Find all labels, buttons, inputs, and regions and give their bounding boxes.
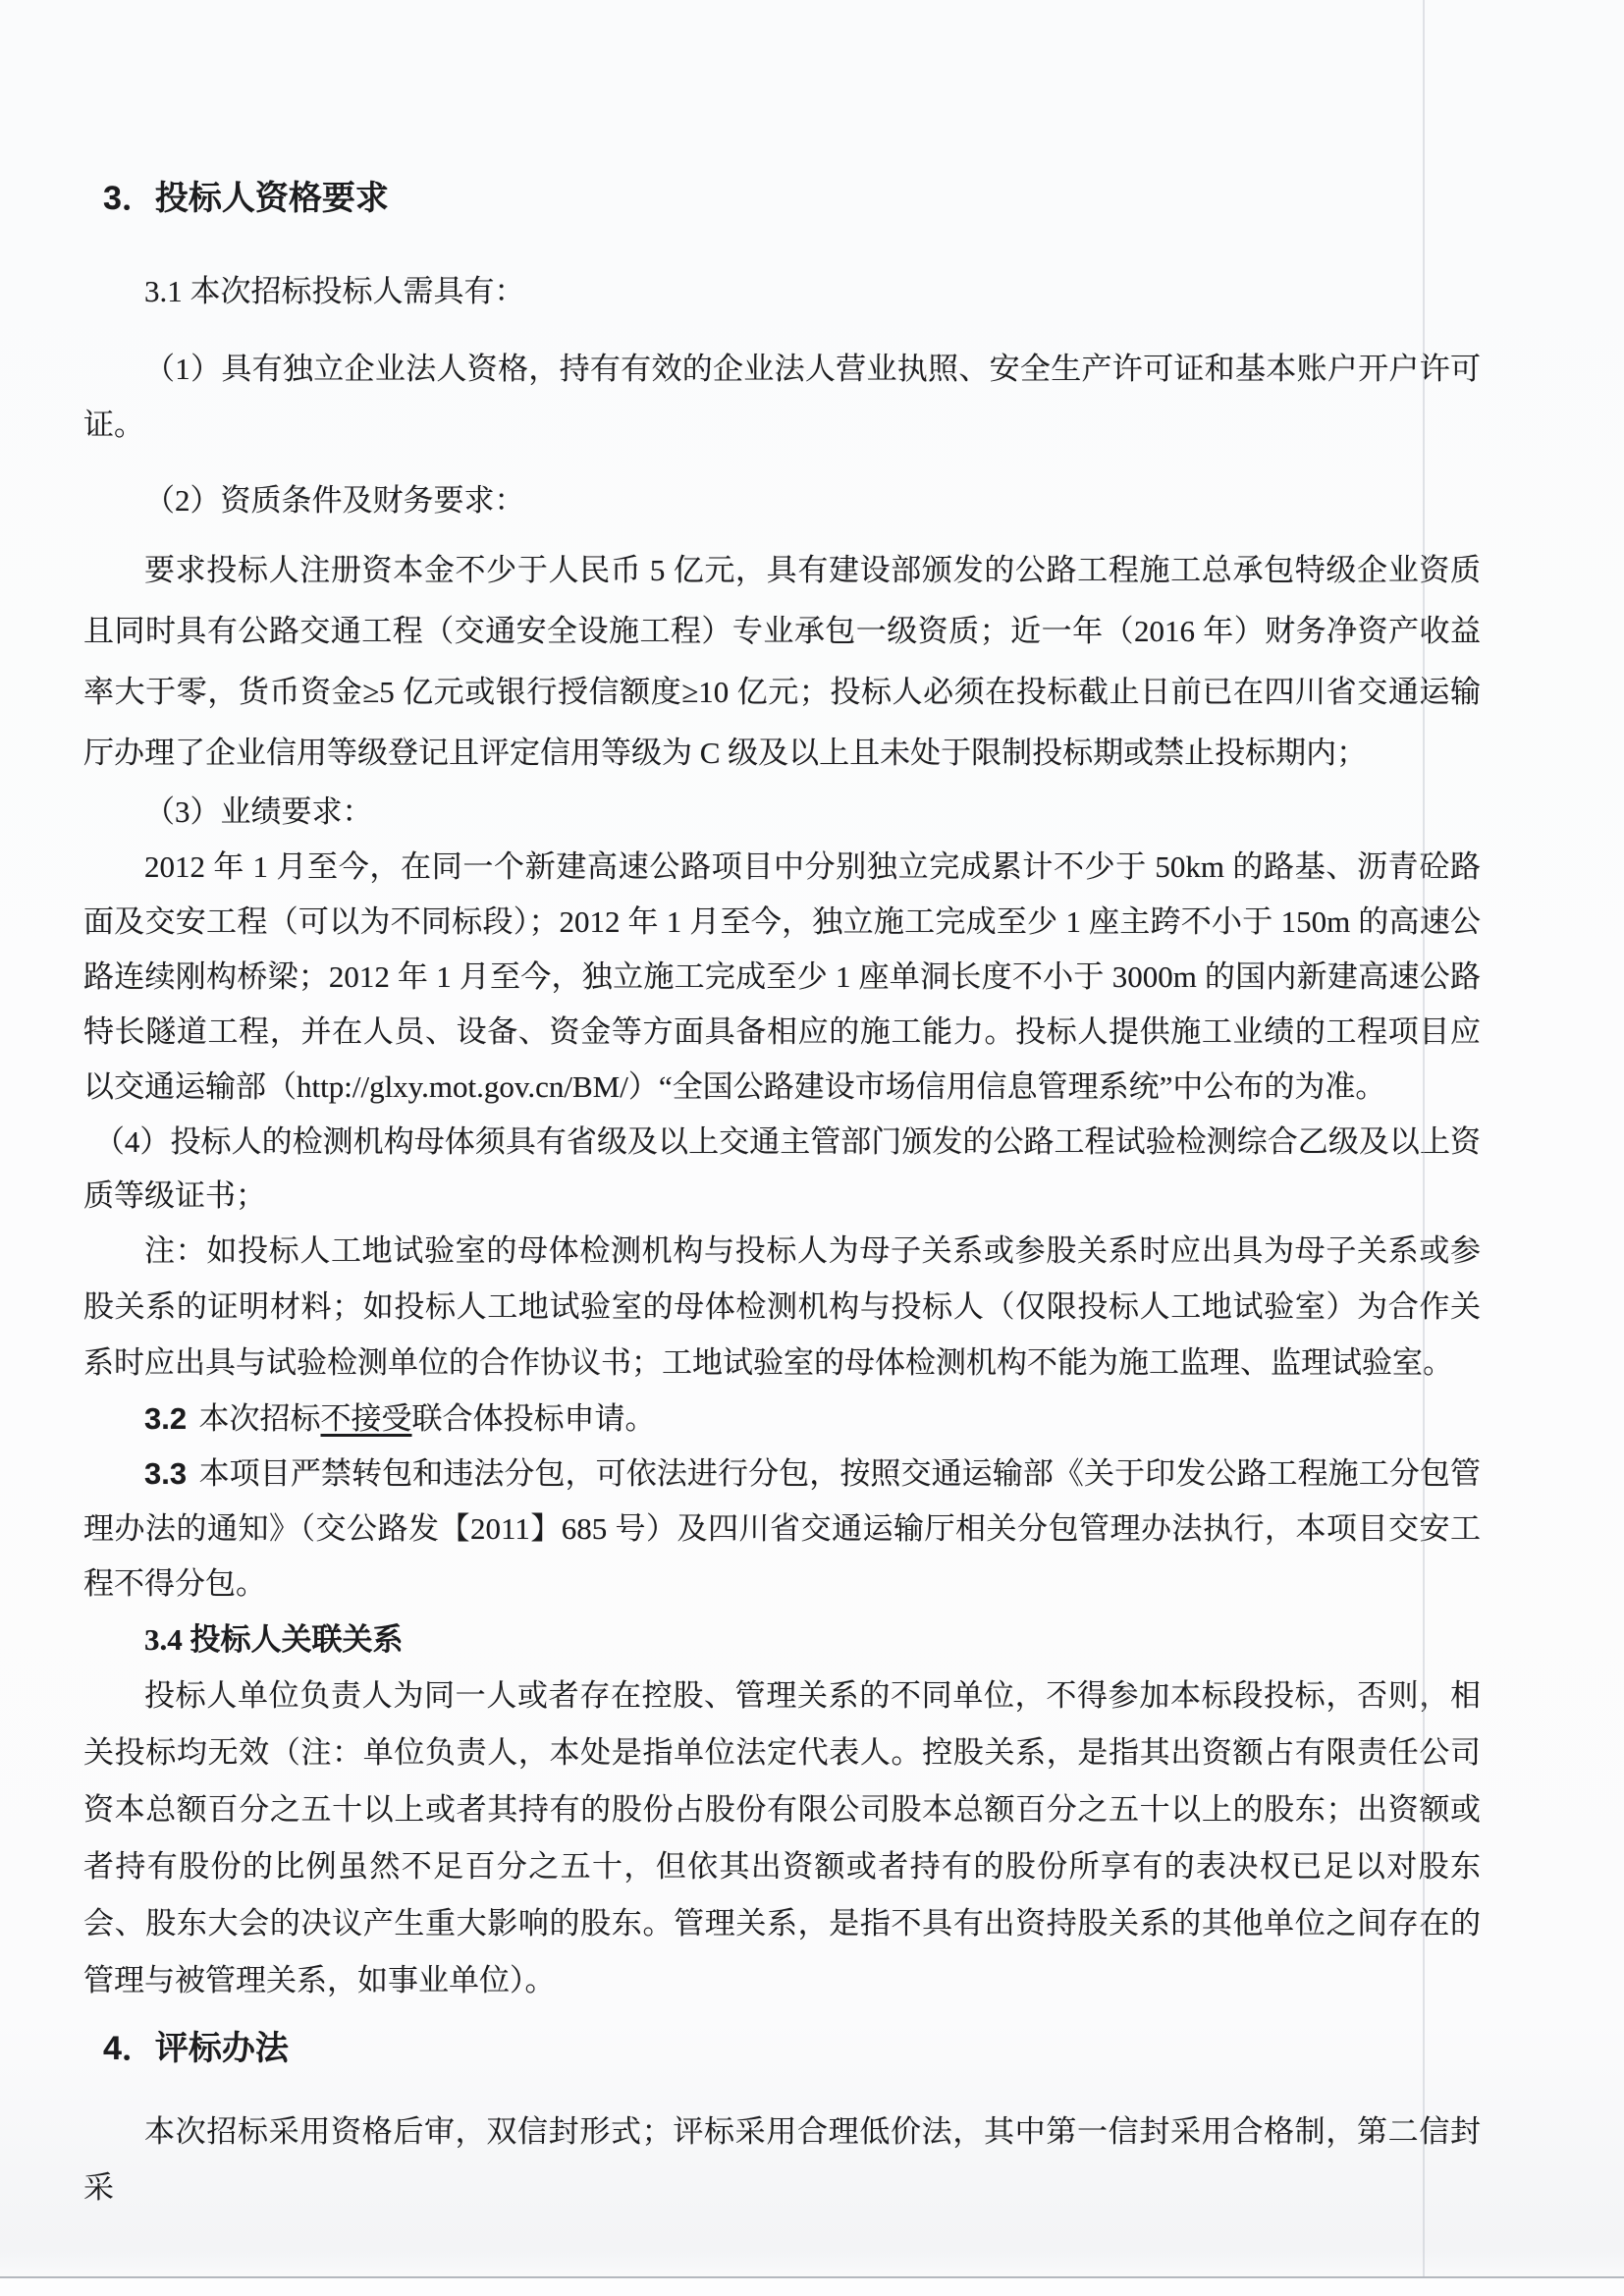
clause-3-4-heading: 3.4 投标人关联关系 [83, 1612, 1481, 1667]
clause-3-2-underlined-text: 不接受 [321, 1401, 412, 1436]
clause-item-3: （3）业绩要求： [83, 784, 1481, 840]
section-3-heading: 3．投标人资格要求 [103, 175, 1481, 222]
note-paragraph: 注：如投标人工地试验室的母体检测机构与投标人为母子关系或参股关系时应出具为母子关… [83, 1223, 1481, 1391]
clause-item-4: （4）投标人的检测机构母体须具有省级及以上交通主管部门颁发的公路工程试验检测综合… [83, 1115, 1481, 1223]
clause-item-1: （1）具有独立企业法人资格，持有有效的企业法人营业执照、安全生产许可证和基本账户… [83, 341, 1481, 453]
clause-3-3-number: 3.3 [144, 1456, 187, 1491]
scanned-document-page: 3．投标人资格要求 3.1 本次招标投标人需具有： （1）具有独立企业法人资格，… [0, 0, 1624, 2296]
clause-3-2-text-post: 联合体投标申请。 [412, 1401, 656, 1436]
section-4-heading: 4．评标办法 [103, 2025, 1481, 2072]
clause-3-3: 3.3本项目严禁转包和违法分包，可依法进行分包，按照交通运输部《关于印发公路工程… [83, 1447, 1481, 1612]
clause-3-2: 3.2本次招标不接受联合体投标申请。 [83, 1391, 1481, 1447]
relation-definition-paragraph: 投标人单位负责人为同一人或者存在控股、管理关系的不同单位，不得参加本标段投标，否… [83, 1667, 1481, 2009]
page-bottom-margin [0, 2278, 1624, 2296]
finance-requirements-paragraph: 要求投标人注册资本金不少于人民币 5 亿元，具有建设部颁发的公路工程施工总承包特… [83, 540, 1481, 784]
performance-requirements-paragraph: 2012 年 1 月至今，在同一个新建高速公路项目中分别独立完成累计不少于 50… [83, 840, 1481, 1115]
document-content: 3．投标人资格要求 3.1 本次招标投标人需具有： （1）具有独立企业法人资格，… [83, 0, 1481, 2215]
clause-3-2-number: 3.2 [144, 1401, 187, 1436]
scan-fold-line [1423, 0, 1425, 2276]
evaluation-method-paragraph: 本次招标采用资格后审，双信封形式；评标采用合理低价法，其中第一信封采用合格制，第… [83, 2104, 1481, 2215]
clause-3-2-text-pre: 本次招标 [199, 1401, 321, 1436]
clause-item-2: （2）资质条件及财务要求： [83, 472, 1481, 528]
clause-3-1: 3.1 本次招标投标人需具有： [83, 263, 1481, 319]
clause-3-3-text: 本项目严禁转包和违法分包，可依法进行分包，按照交通运输部《关于印发公路工程施工分… [83, 1456, 1481, 1601]
